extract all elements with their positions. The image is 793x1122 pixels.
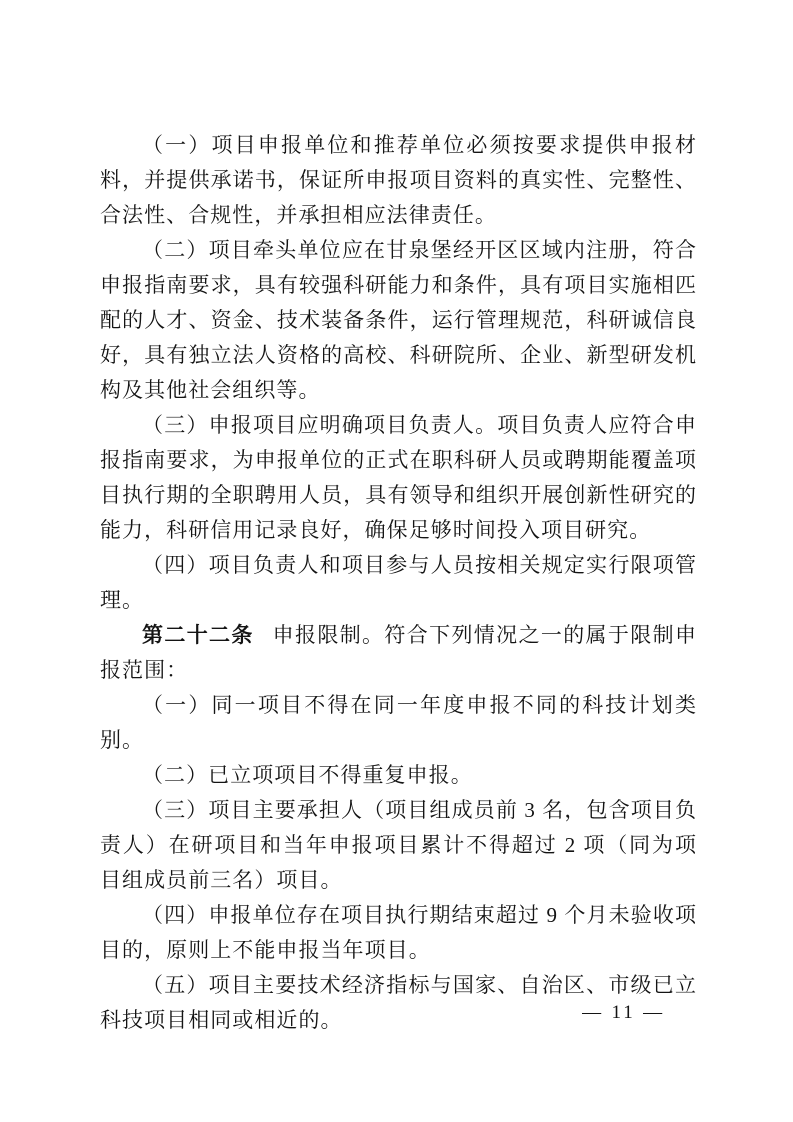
paragraph-limit-3: （三）项目主要承担人（项目组成员前 3 名，包含项目负责人）在研项目和当年申报项… [100, 793, 697, 898]
paragraph-limit-1: （一）同一项目不得在同一年度申报不同的科技计划类别。 [100, 688, 697, 758]
paragraph-limit-2: （二）已立项项目不得重复申报。 [100, 758, 697, 793]
document-body: （一）项目申报单位和推荐单位必须按要求提供申报材料，并提供承诺书，保证所申报项目… [100, 128, 697, 1038]
paragraph-item-4: （四）项目负责人和项目参与人员按相关规定实行限项管理。 [100, 548, 697, 618]
paragraph-limit-4: （四）申报单位存在项目执行期结束超过 9 个月未验收项目的，原则上不能申报当年项… [100, 898, 697, 968]
page-number: — 11 — [582, 1002, 665, 1024]
paragraph-item-1: （一）项目申报单位和推荐单位必须按要求提供申报材料，并提供承诺书，保证所申报项目… [100, 128, 697, 233]
article-number: 第二十二条 [142, 623, 254, 647]
document-page: （一）项目申报单位和推荐单位必须按要求提供申报材料，并提供承诺书，保证所申报项目… [0, 0, 793, 1122]
paragraph-article-22: 第二十二条申报限制。符合下列情况之一的属于限制申报范围： [100, 618, 697, 688]
paragraph-item-3: （三）申报项目应明确项目负责人。项目负责人应符合申报指南要求，为申报单位的正式在… [100, 408, 697, 548]
paragraph-item-2: （二）项目牵头单位应在甘泉堡经开区区域内注册，符合申报指南要求，具有较强科研能力… [100, 233, 697, 408]
